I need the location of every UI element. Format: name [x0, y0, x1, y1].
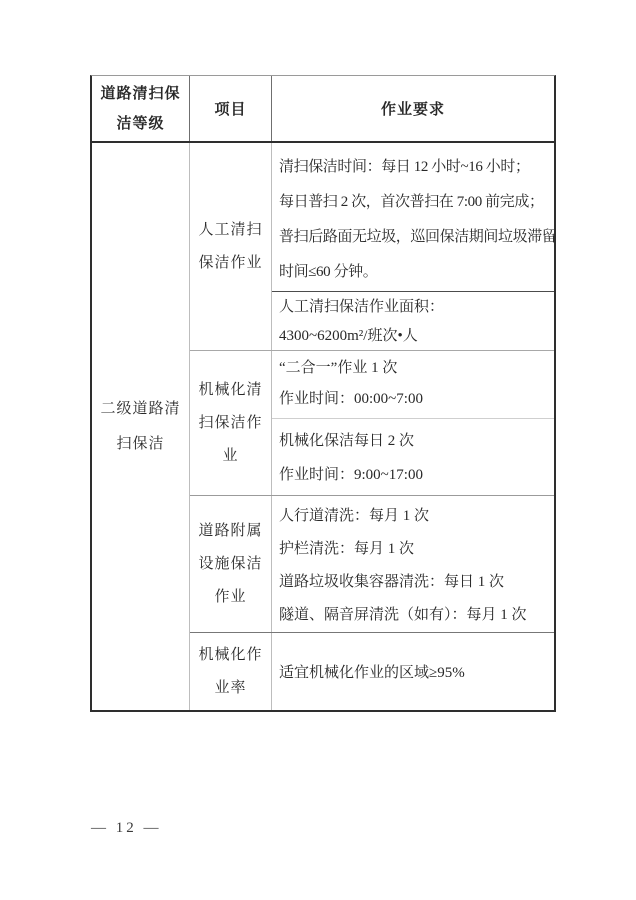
item-cell: 道路附属设施保洁作业: [190, 496, 272, 632]
requirement-line: 人工清扫保洁作业面积：: [279, 293, 554, 322]
requirement-line: 作业时间：9:00~17:00: [279, 458, 554, 492]
header-grade-label: 道路清扫保洁等级: [98, 79, 184, 139]
requirement-cell: 机械化保洁每日 2 次 作业时间：9:00~17:00: [272, 418, 554, 495]
requirement-cell: “二合一”作业 1 次 作业时间：00:00~7:00: [272, 351, 554, 418]
requirement-line: 每日普扫 2 次，首次普扫在 7:00 前完成；: [279, 185, 554, 220]
table-header-row: 道路清扫保洁等级 项目 作业要求: [92, 76, 554, 143]
header-requirement-label: 作业要求: [381, 98, 445, 119]
table-row-mechanization-rate: 机械化作业率 适宜机械化作业的区域≥95%: [190, 633, 554, 710]
item-label: 机械化作业率: [197, 639, 265, 705]
requirement-line: 普扫后路面无垃圾，巡回保洁期间垃圾滞留: [279, 220, 554, 255]
requirement-cell: 人工清扫保洁作业面积： 4300~6200m²/班次•人: [272, 291, 554, 351]
requirement-cells: 清扫保洁时间：每日 12 小时~16 小时； 每日普扫 2 次，首次普扫在 7:…: [272, 143, 554, 350]
road-cleaning-standards-table: 道路清扫保洁等级 项目 作业要求 二级道路清扫保洁 人工清扫保洁作业: [90, 75, 556, 712]
requirement-line: 适宜机械化作业的区域≥95%: [279, 661, 465, 682]
document-page: 道路清扫保洁等级 项目 作业要求 二级道路清扫保洁 人工清扫保洁作业: [0, 0, 636, 900]
requirement-line: 人行道清洗：每月 1 次: [279, 500, 554, 533]
header-cell-grade: 道路清扫保洁等级: [92, 76, 190, 141]
requirement-line: “二合一”作业 1 次: [279, 353, 554, 384]
table-body: 二级道路清扫保洁 人工清扫保洁作业 清扫保洁时间：每日 12 小时~16 小时；…: [92, 143, 554, 710]
requirement-line: 时间≤60 分钟。: [279, 255, 554, 290]
requirement-line: 作业时间：00:00~7:00: [279, 384, 554, 415]
grade-label: 二级道路清扫保洁: [98, 392, 184, 462]
table-row-groups: 人工清扫保洁作业 清扫保洁时间：每日 12 小时~16 小时； 每日普扫 2 次…: [190, 143, 554, 710]
item-cell: 人工清扫保洁作业: [190, 143, 272, 350]
table-row-mechanized-sweeping: 机械化清扫保洁作业 “二合一”作业 1 次 作业时间：00:00~7:00 机械…: [190, 351, 554, 496]
item-label: 人工清扫保洁作业: [197, 214, 265, 280]
item-cell: 机械化清扫保洁作业: [190, 351, 272, 495]
requirement-cell: 人行道清洗：每月 1 次 护栏清洗：每月 1 次 道路垃圾收集容器清洗：每日 1…: [272, 496, 554, 632]
requirement-line: 机械化保洁每日 2 次: [279, 424, 554, 458]
page-number: — 12 —: [91, 820, 162, 837]
item-label: 机械化清扫保洁作业: [197, 374, 265, 473]
grade-cell: 二级道路清扫保洁: [92, 143, 190, 710]
requirement-line: 护栏清洗：每月 1 次: [279, 533, 554, 566]
header-cell-item: 项目: [190, 76, 272, 141]
item-cell: 机械化作业率: [190, 633, 272, 710]
header-cell-requirement: 作业要求: [272, 76, 554, 141]
table-row-manual-sweeping: 人工清扫保洁作业 清扫保洁时间：每日 12 小时~16 小时； 每日普扫 2 次…: [190, 143, 554, 351]
requirement-cells: 适宜机械化作业的区域≥95%: [272, 633, 554, 710]
requirement-cells: “二合一”作业 1 次 作业时间：00:00~7:00 机械化保洁每日 2 次 …: [272, 351, 554, 495]
item-label: 道路附属设施保洁作业: [197, 515, 265, 614]
table-row-ancillary-facilities: 道路附属设施保洁作业 人行道清洗：每月 1 次 护栏清洗：每月 1 次 道路垃圾…: [190, 496, 554, 633]
requirement-cell: 清扫保洁时间：每日 12 小时~16 小时； 每日普扫 2 次，首次普扫在 7:…: [272, 143, 554, 291]
requirement-cells: 人行道清洗：每月 1 次 护栏清洗：每月 1 次 道路垃圾收集容器清洗：每日 1…: [272, 496, 554, 632]
requirement-line: 清扫保洁时间：每日 12 小时~16 小时；: [279, 150, 554, 185]
header-item-label: 项目: [214, 98, 246, 119]
requirement-line: 4300~6200m²/班次•人: [279, 322, 554, 351]
requirement-cell: 适宜机械化作业的区域≥95%: [272, 633, 554, 710]
requirement-line: 道路垃圾收集容器清洗：每日 1 次: [279, 566, 554, 599]
requirement-line: 隧道、隔音屏清洗（如有）：每月 1 次: [279, 599, 554, 632]
